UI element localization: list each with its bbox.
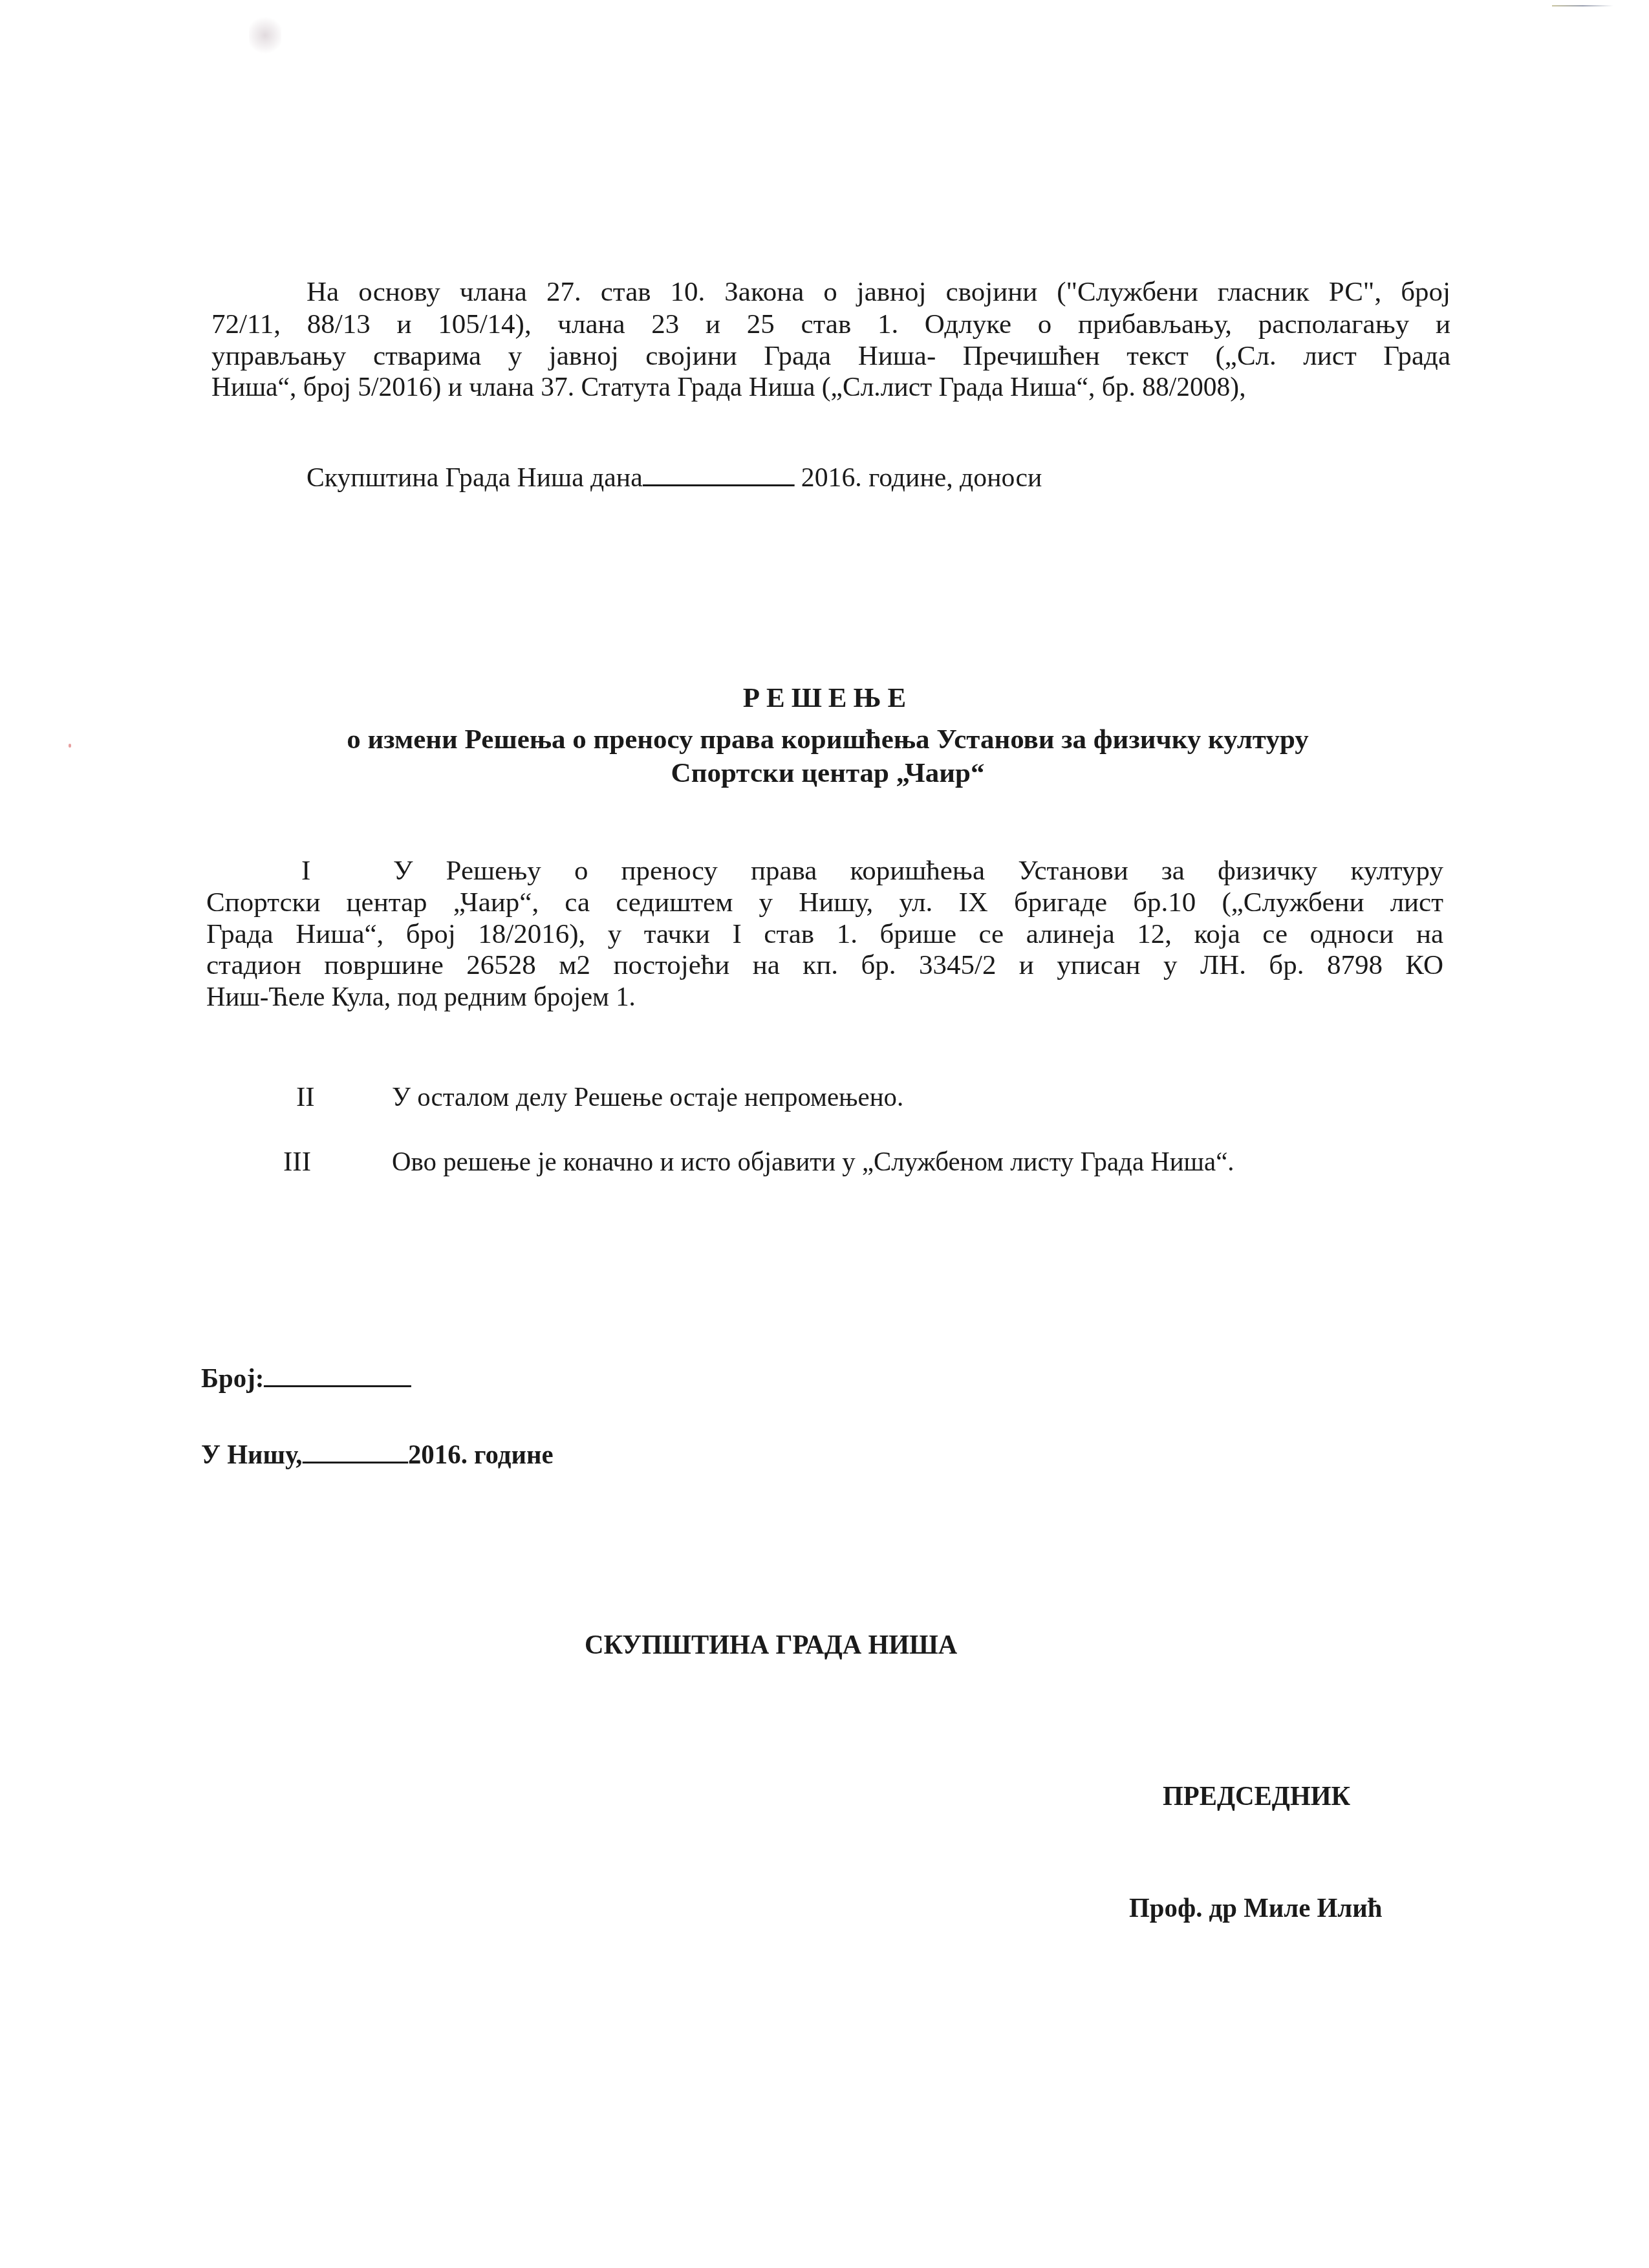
- president-name: Проф. др Миле Илић: [1129, 1893, 1383, 1923]
- section-numeral: I: [301, 856, 310, 886]
- section-line: стадион површине 26528 м2 постојећи на к…: [206, 950, 1443, 980]
- preamble-line: 72/11, 88/13 и 105/14), члана 23 и 25 ст…: [211, 309, 1450, 340]
- section-line: У Решењу о преносу права коришћења Устан…: [393, 856, 1443, 886]
- section-numeral: II: [296, 1082, 315, 1112]
- document-subtitle-line1: о измени Решења о преносу права коришћењ…: [3, 724, 1649, 755]
- enacting-clause-end: 2016. године, доноси: [794, 462, 1042, 493]
- document-subtitle-line2: Спортски центар „Чаир“: [3, 758, 1649, 788]
- scan-edge-line: [1552, 5, 1613, 6]
- assembly-name: СКУПШТИНА ГРАДА НИША: [585, 1630, 957, 1660]
- enacting-clause: Скупштина Града Ниша дана 2016. године, …: [307, 462, 1042, 493]
- enacting-clause-start: Скупштина Града Ниша дана: [307, 462, 643, 493]
- place-date-blank-line: [303, 1440, 408, 1463]
- preamble-line: Ниша“, број 5/2016) и члана 37. Статута …: [211, 372, 1246, 402]
- preamble-line: На основу члана 27. став 10. Закона о ја…: [307, 277, 1450, 307]
- number-blank-line: [264, 1363, 411, 1387]
- place-label: У Нишу,: [201, 1440, 303, 1470]
- preamble-line: управљању стварима у јавној својини Град…: [211, 341, 1450, 371]
- place-date-field: У Нишу,2016. године: [201, 1440, 554, 1470]
- place-date-text: 2016. године: [408, 1440, 554, 1470]
- president-title: ПРЕДСЕДНИК: [1163, 1781, 1350, 1811]
- section-numeral: III: [283, 1147, 311, 1177]
- section-line: Спортски центар „Чаир“, са седиштем у Ни…: [206, 887, 1443, 918]
- section-line: Града Ниша“, број 18/2016), у тачки I ст…: [206, 919, 1443, 949]
- document-page: На основу члана 27. став 10. Закона о ја…: [0, 0, 1649, 2268]
- section-text: У осталом делу Решење остаје непромењено…: [392, 1082, 903, 1112]
- section-text: Ово решење је коначно и исто објавити у …: [392, 1147, 1234, 1177]
- document-title: РЕШЕЊЕ: [3, 683, 1649, 713]
- section-line: Ниш-Ћеле Кула, под редним бројем 1.: [206, 982, 636, 1012]
- number-field: Број:: [201, 1363, 411, 1394]
- date-blank-line: [643, 462, 795, 486]
- scan-smudge-mark: [249, 14, 281, 56]
- number-label: Број:: [201, 1363, 264, 1394]
